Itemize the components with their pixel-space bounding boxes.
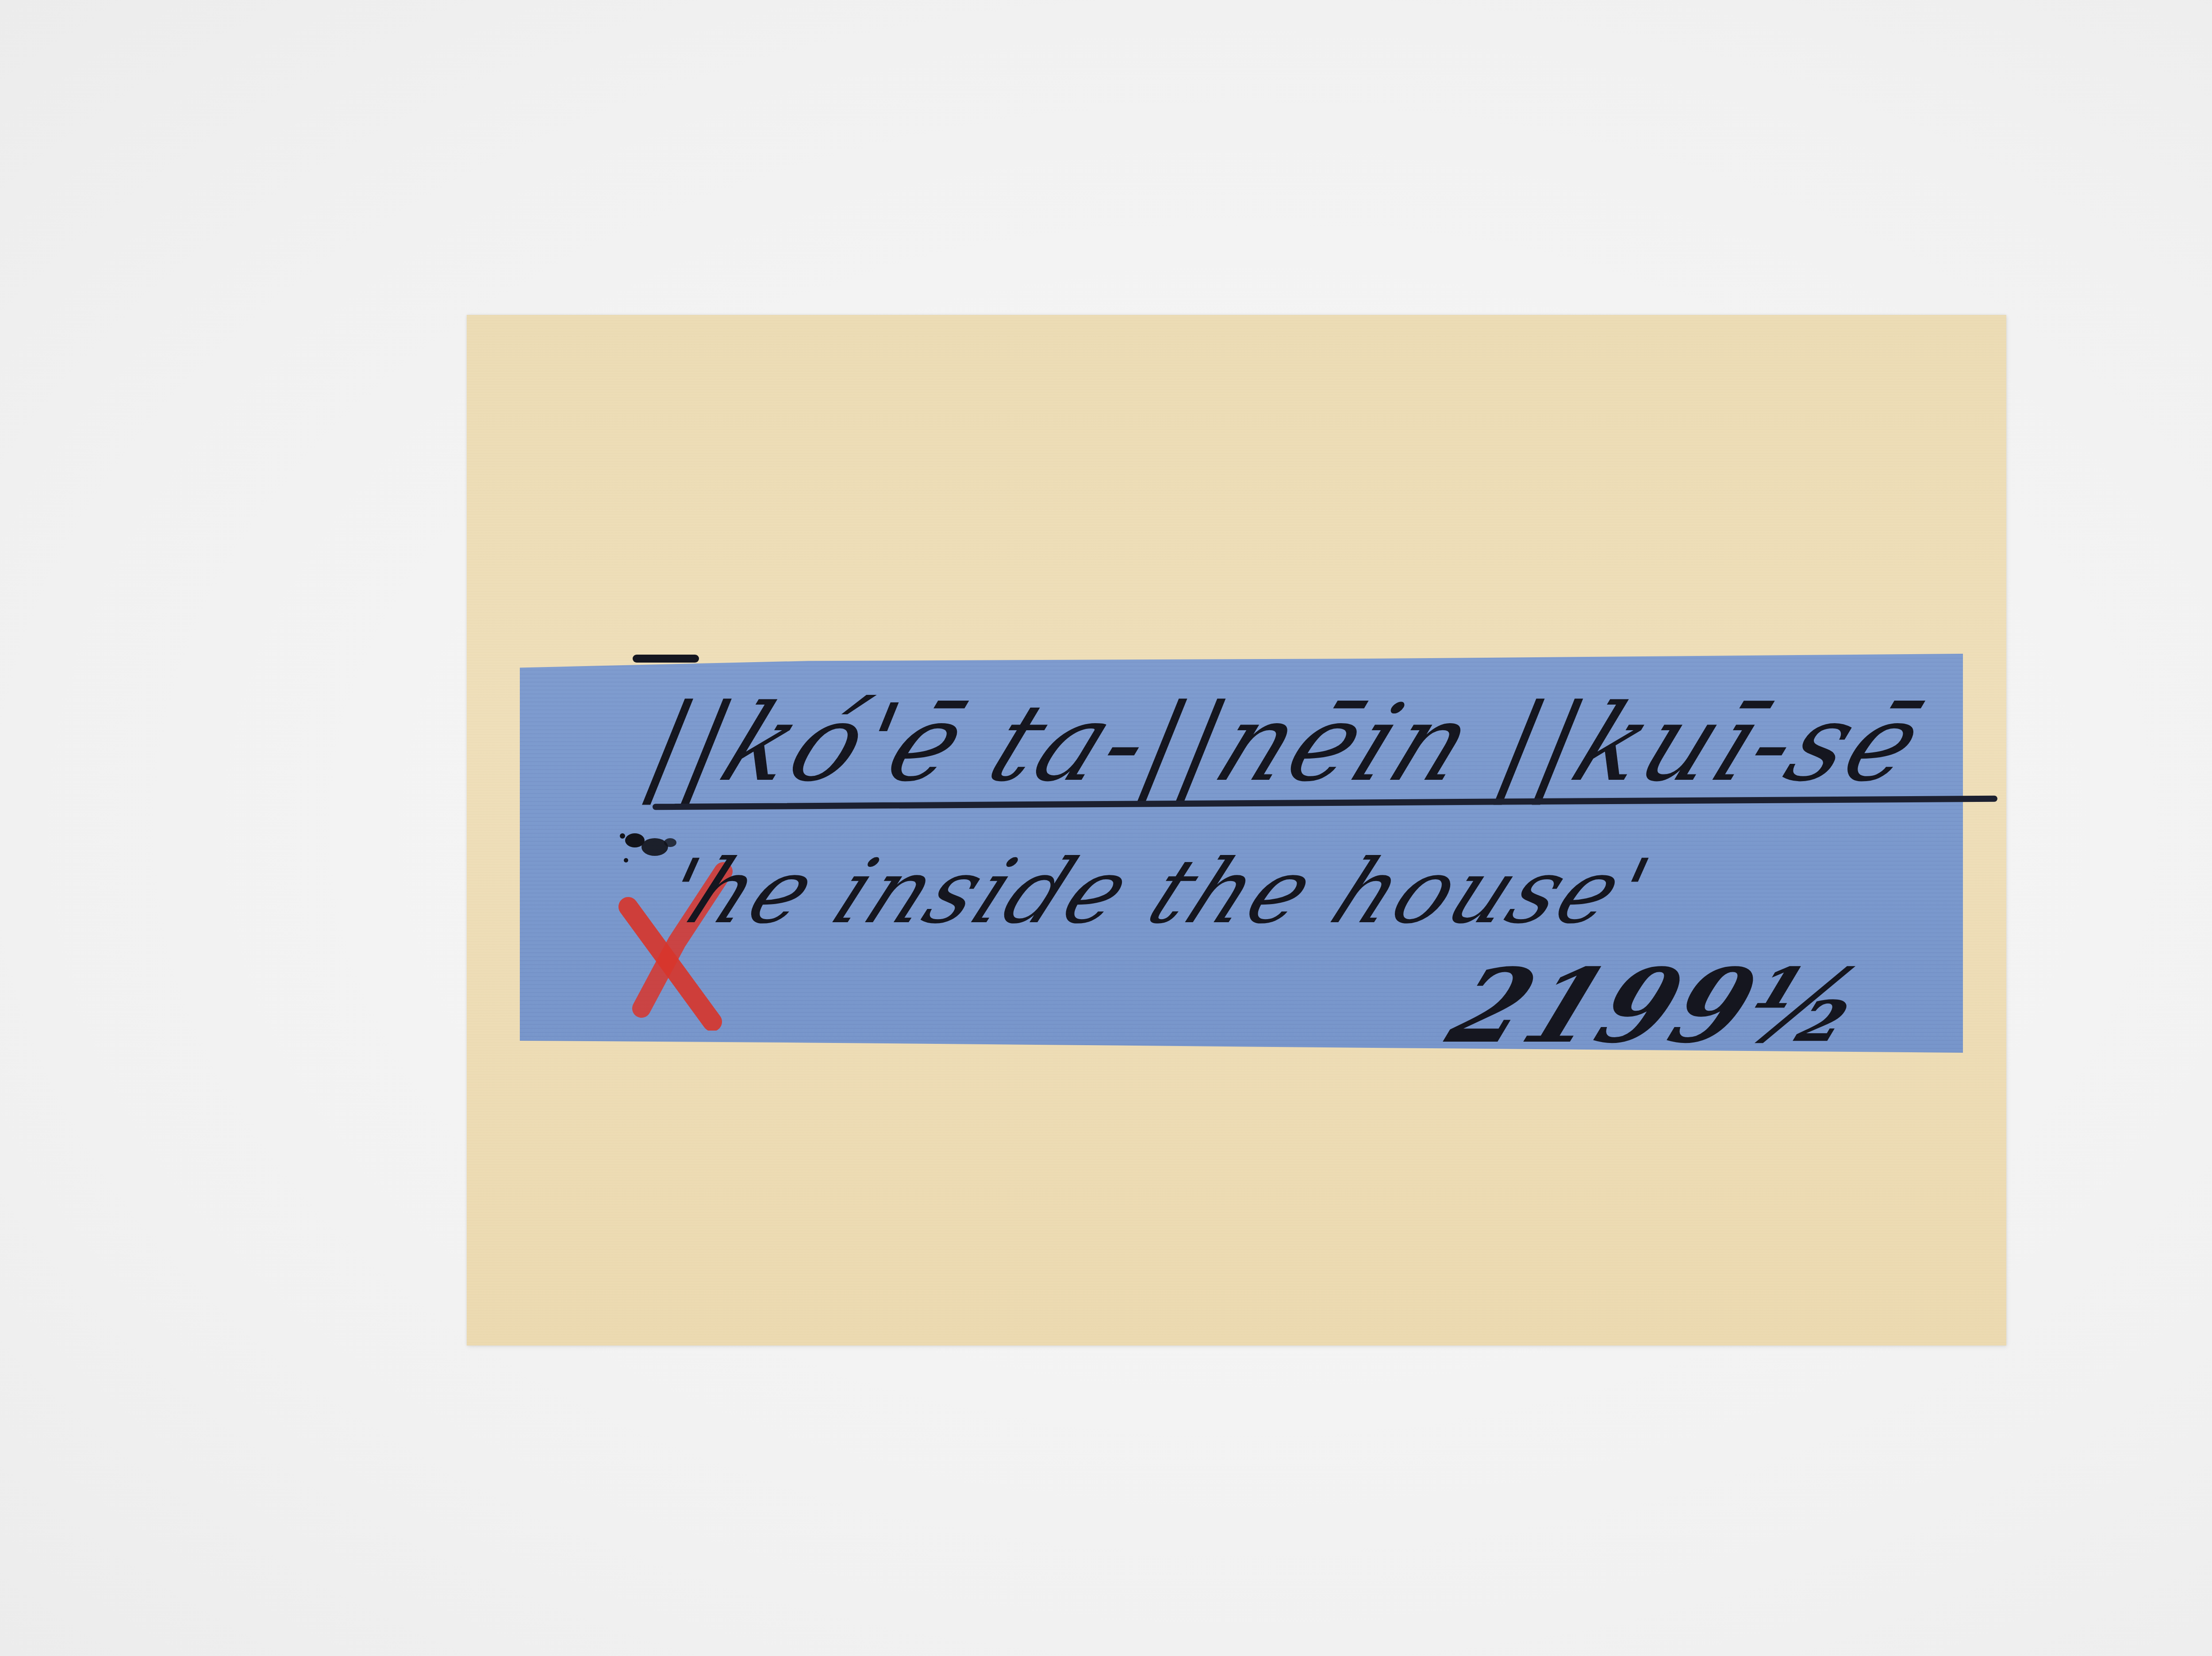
translation-text: 'he inside the house': [646, 840, 1668, 943]
native-term-text: ||kó'ē ta-||nēin ||kuī-sē: [628, 681, 1942, 805]
catalog-number: 2199½: [1433, 947, 1884, 1066]
ink-bracket-mark: [633, 655, 699, 663]
